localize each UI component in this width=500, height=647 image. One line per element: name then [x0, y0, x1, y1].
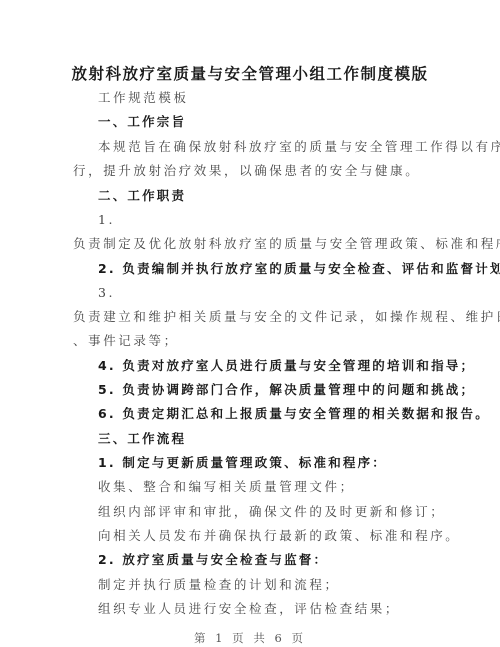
document-subtitle: 工作规范模板 [98, 90, 189, 106]
duty-4: 4. 负责对放疗室人员进行质量与安全管理的培训和指导； [98, 358, 475, 374]
duty-3-text-line1: 负责建立和维护相关质量与安全的文件记录，如操作规程、维护日志 [73, 309, 500, 325]
purpose-paragraph-line1: 本规范旨在确保放射科放疗室的质量与安全管理工作得以有序进 [98, 139, 500, 155]
workflow-step-1-heading: 1. 制定与更新质量管理政策、标准和程序： [98, 455, 387, 471]
section-heading-purpose: 一、工作宗旨 [98, 114, 186, 130]
duty-3-number: 3. [98, 285, 115, 301]
workflow-step-1-line2: 组织内部评审和审批，确保文件的及时更新和修订； [98, 504, 445, 520]
section-heading-workflow: 三、工作流程 [98, 431, 186, 447]
workflow-step-1-line3: 向相关人员发布并确保执行最新的政策、标准和程序。 [98, 528, 460, 544]
workflow-step-2-line1: 制定并执行质量检查的计划和流程； [98, 577, 340, 593]
duty-1-number: 1. [98, 212, 115, 228]
duty-1-text: 负责制定及优化放射科放疗室的质量与安全管理政策、标准和程序； [73, 236, 500, 252]
section-heading-duties: 二、工作职责 [98, 188, 186, 204]
workflow-step-1-line1: 收集、整合和编写相关质量管理文件； [98, 479, 355, 495]
duty-6: 6. 负责定期汇总和上报质量与安全管理的相关数据和报告。 [98, 406, 490, 422]
duty-5: 5. 负责协调跨部门合作，解决质量管理中的问题和挑战； [98, 382, 475, 398]
document-title: 放射科放疗室质量与安全管理小组工作制度模版 [0, 62, 500, 84]
workflow-step-2-heading: 2. 放疗室质量与安全检查与监督： [98, 552, 328, 568]
duty-2: 2. 负责编制并执行放疗室的质量与安全检查、评估和监督计划； [98, 261, 500, 277]
page-footer: 第 1 页 共 6 页 [0, 630, 500, 646]
document-page: 放射科放疗室质量与安全管理小组工作制度模版 工作规范模板 一、工作宗旨 本规范旨… [0, 0, 500, 647]
workflow-step-2-line2: 组织专业人员进行安全检查，评估检查结果； [98, 601, 400, 617]
purpose-paragraph-line2: 行，提升放射治疗效果，以确保患者的安全与健康。 [73, 163, 420, 179]
duty-3-text-line2: 、事件记录等； [73, 333, 179, 349]
